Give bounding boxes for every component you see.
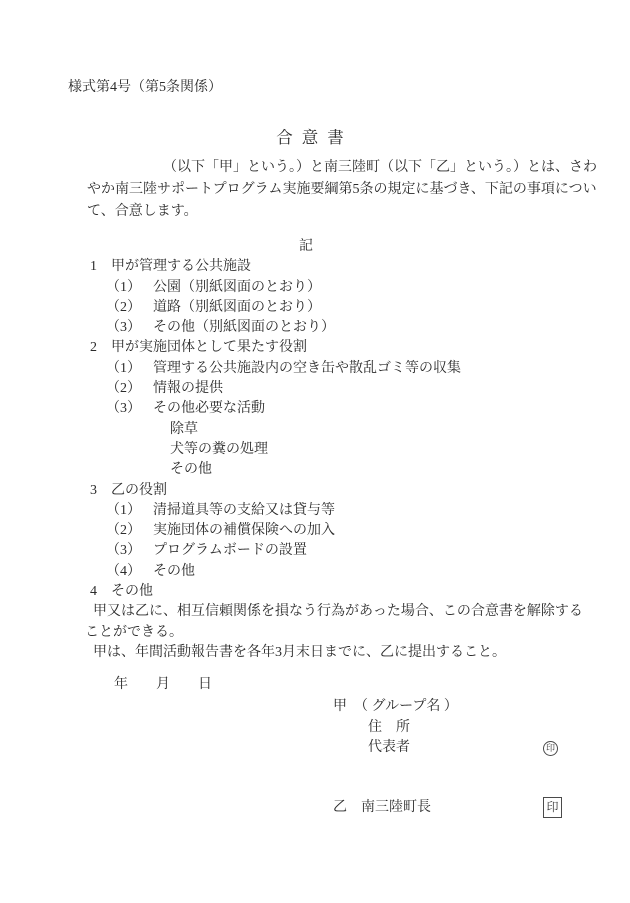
- item-text: 公園（別紙図面のとおり）: [153, 280, 321, 295]
- list-item: （1）清掃道具等の支給又は貸与等: [0, 501, 612, 521]
- body-heading: 記: [0, 237, 612, 257]
- item-number-label: （1）: [106, 278, 153, 298]
- party-kou-address-line: 住 所: [368, 720, 410, 735]
- list-item-section-3: 3 乙の役割: [0, 481, 612, 501]
- group-name-blank-field: [87, 170, 163, 171]
- item-text: その他: [153, 564, 195, 579]
- list-item: （3）プログラムボードの設置: [0, 541, 612, 561]
- intro-line: やか南三陸サポートプログラム実施要綱第5条の規定に基づき、下記の事項につい: [87, 179, 582, 201]
- intro-paragraph: （以下「甲」という。）と南三陸町（以下「乙」という。）とは、さわ やか南三陸サポ…: [87, 157, 582, 222]
- item-number-label: （4）: [106, 562, 153, 582]
- list-subitem: 除草: [0, 420, 612, 440]
- item-number-label: （3）: [106, 541, 153, 561]
- item-text: 管理する公共施設内の空き缶や散乱ゴミ等の収集: [153, 361, 461, 376]
- item-text: 清掃道具等の支給又は貸与等: [153, 503, 335, 518]
- item-text: その他（別紙図面のとおり）: [153, 320, 335, 335]
- item-number-label: （2）: [106, 298, 153, 318]
- form-number: 様式第4号（第5条関係）: [68, 80, 222, 95]
- item-number-label: （3）: [106, 318, 153, 338]
- list-item: （1）管理する公共施設内の空き缶や散乱ゴミ等の収集: [0, 359, 612, 379]
- list-subitem: その他: [0, 460, 612, 480]
- item-text: 情報の提供: [153, 381, 223, 396]
- item-text: 実施団体の補償保険への加入: [153, 523, 335, 538]
- terms-list: 記 1 甲が管理する公共施設 （1）公園（別紙図面のとおり） （2）道路（別紙図…: [0, 237, 612, 663]
- party-otsu-line: 乙 南三陸町長: [333, 800, 431, 815]
- party-kou-representative-line: 代表者: [368, 740, 410, 755]
- list-item: （2）道路（別紙図面のとおり）: [0, 298, 612, 318]
- intro-line: （以下「甲」という。）と南三陸町（以下「乙」という。）とは、さわ: [87, 157, 582, 179]
- item-number-label: （2）: [106, 379, 153, 399]
- list-subitem: 犬等の糞の処理: [0, 440, 612, 460]
- item-text: 道路（別紙図面のとおり）: [153, 300, 321, 315]
- item-text: プログラムボードの設置: [153, 543, 307, 558]
- item-text: その他必要な活動: [153, 401, 265, 416]
- list-item: （2）情報の提供: [0, 379, 612, 399]
- date-line: 年 月 日: [114, 677, 212, 692]
- list-item-section-4: 4 その他: [0, 582, 612, 602]
- list-item-section-2: 2 甲が実施団体として果たす役割: [0, 338, 612, 358]
- terms-paragraph-line: ことができる。: [0, 623, 612, 643]
- item-number-label: （1）: [106, 359, 153, 379]
- intro-line: て、合意します。: [87, 201, 582, 223]
- item-number-label: （1）: [106, 501, 153, 521]
- list-item: （4）その他: [0, 562, 612, 582]
- list-item: （1）公園（別紙図面のとおり）: [0, 278, 612, 298]
- otsu-seal-icon: 印: [543, 797, 562, 818]
- list-item-section-1: 1 甲が管理する公共施設: [0, 257, 612, 277]
- intro-line-text: （以下「甲」という。）と南三陸町（以下「乙」という。）とは、さわ: [163, 160, 597, 175]
- document-title: 合意書: [0, 129, 620, 146]
- item-number-label: （3）: [106, 399, 153, 419]
- terms-paragraph-line: 甲は、年間活動報告書を各年3月末日までに、乙に提出すること。: [0, 643, 612, 663]
- party-kou-group-name-line: 甲 （ グループ名 ）: [333, 699, 458, 714]
- kou-seal-icon: 印: [543, 741, 558, 756]
- item-number-label: （2）: [106, 521, 153, 541]
- list-item: （3）その他（別紙図面のとおり）: [0, 318, 612, 338]
- terms-paragraph-line: 甲又は乙に、相互信頼関係を損なう行為があった場合、この合意書を解除する: [0, 602, 612, 622]
- list-item: （2）実施団体の補償保険への加入: [0, 521, 612, 541]
- list-item: （3）その他必要な活動: [0, 399, 612, 419]
- agreement-document-page: 様式第4号（第5条関係） 合意書 （以下「甲」という。）と南三陸町（以下「乙」と…: [0, 0, 630, 903]
